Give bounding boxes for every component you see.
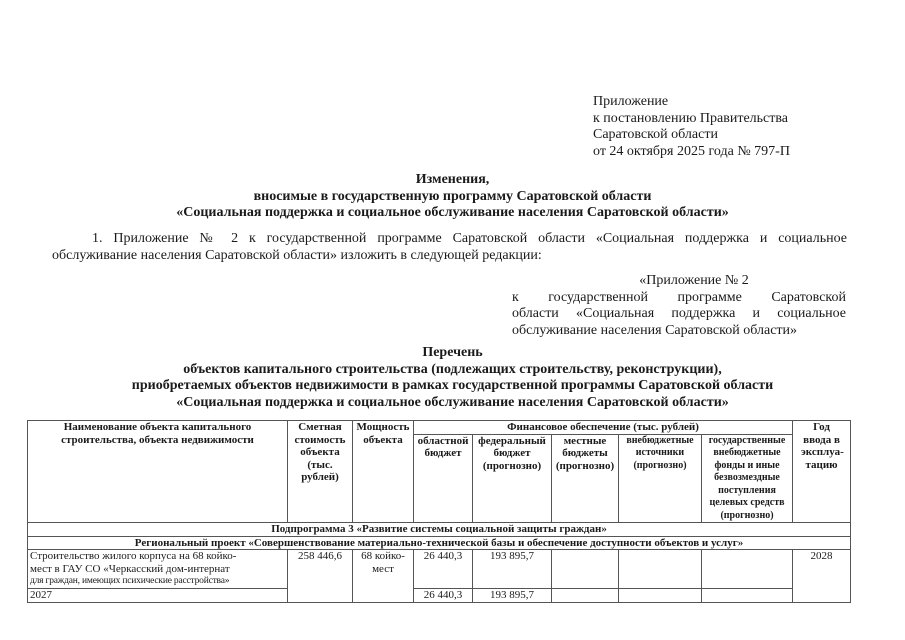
list-title-line: Перечень <box>0 345 905 362</box>
header-cost: Сметная стоимость объекта (тыс. рублей) <box>288 421 353 523</box>
object-name-line: Строительство жилого корпуса на 68 койко… <box>30 550 285 563</box>
object-name-cell: Строительство жилого корпуса на 68 койко… <box>28 550 288 589</box>
approval-line: Приложение <box>593 94 790 111</box>
regional-project-row: Региональный проект «Совершенствование м… <box>28 536 851 550</box>
federal-budget-cell: 193 895,7 <box>473 589 552 603</box>
offbudget-cell <box>619 589 702 603</box>
header-funding: Финансовое обеспечение (тыс. рублей) <box>414 421 793 435</box>
header-regional-budget: областной бюджет <box>414 434 473 523</box>
header-capacity: Мощность объекта <box>353 421 414 523</box>
changes-title-line: «Социальная поддержка и социальное обслу… <box>0 205 905 222</box>
objects-table: Наименование объекта капитального строит… <box>27 420 851 603</box>
state-funds-cell <box>702 550 793 589</box>
header-name: Наименование объекта капитального строит… <box>28 421 288 523</box>
list-title-line: «Социальная поддержка и социальное обслу… <box>0 395 905 412</box>
header-state-funds: государственные внебюджетные фонды и ины… <box>702 434 793 523</box>
paragraph-line: 1. Приложение № 2 к государственной прог… <box>52 231 847 248</box>
header-local-budgets: местные бюджеты (прогнозно) <box>552 434 619 523</box>
subprogram-row: Подпрограмма 3 «Развитие системы социаль… <box>28 523 851 537</box>
appendix-2-line: к государственной программе Саратовской <box>512 290 846 307</box>
appendix-2-line: обслуживание населения Саратовской облас… <box>512 323 846 340</box>
local-budget-cell <box>552 589 619 603</box>
cost-cell: 258 446,6 <box>288 550 353 603</box>
appendix-2-line: области «Социальная поддержка и социальн… <box>512 306 846 323</box>
changes-title-line: вносимые в государственную программу Сар… <box>0 189 905 206</box>
federal-budget-cell: 193 895,7 <box>473 550 552 589</box>
year-cell: 2028 <box>793 550 851 603</box>
offbudget-cell <box>619 550 702 589</box>
list-title-line: приобретаемых объектов недвижимости в ра… <box>0 378 905 395</box>
approval-block: Приложение к постановлению Правительства… <box>593 94 790 160</box>
approval-line: Саратовской области <box>593 127 790 144</box>
table-row: Строительство жилого корпуса на 68 койко… <box>28 550 851 589</box>
appendix-2-line: «Приложение № 2 <box>512 273 846 290</box>
local-budget-cell <box>552 550 619 589</box>
approval-line: к постановлению Правительства <box>593 111 790 128</box>
changes-title: Изменения, вносимые в государственную пр… <box>0 172 905 222</box>
regional-budget-cell: 26 440,3 <box>414 589 473 603</box>
object-name-line: мест в ГАУ СО «Черкасский дом-интернат <box>30 563 285 576</box>
capacity-cell: 68 койко-мест <box>353 550 414 603</box>
year-label-cell: 2027 <box>28 589 288 603</box>
list-title: Перечень объектов капитального строитель… <box>0 345 905 411</box>
paragraph-1: 1. Приложение № 2 к государственной прог… <box>52 231 847 264</box>
regional-budget-cell: 26 440,3 <box>414 550 473 589</box>
header-offbudget-sources: внебюджетные источники (прогнозно) <box>619 434 702 523</box>
paragraph-line: обслуживание населения Саратовской облас… <box>52 248 542 263</box>
appendix-2-header: «Приложение № 2 к государственной програ… <box>512 273 846 339</box>
header-year: Год ввода в эксплуа-тацию <box>793 421 851 523</box>
table-row: 2027 26 440,3 193 895,7 <box>28 589 851 603</box>
header-federal-budget: федеральный бюджет (прогнозно) <box>473 434 552 523</box>
changes-title-line: Изменения, <box>0 172 905 189</box>
list-title-line: объектов капитального строительства (под… <box>0 362 905 379</box>
object-name-line: для граждан, имеющих психические расстро… <box>30 575 285 588</box>
approval-line: от 24 октября 2025 года № 797-П <box>593 144 790 161</box>
state-funds-cell <box>702 589 793 603</box>
